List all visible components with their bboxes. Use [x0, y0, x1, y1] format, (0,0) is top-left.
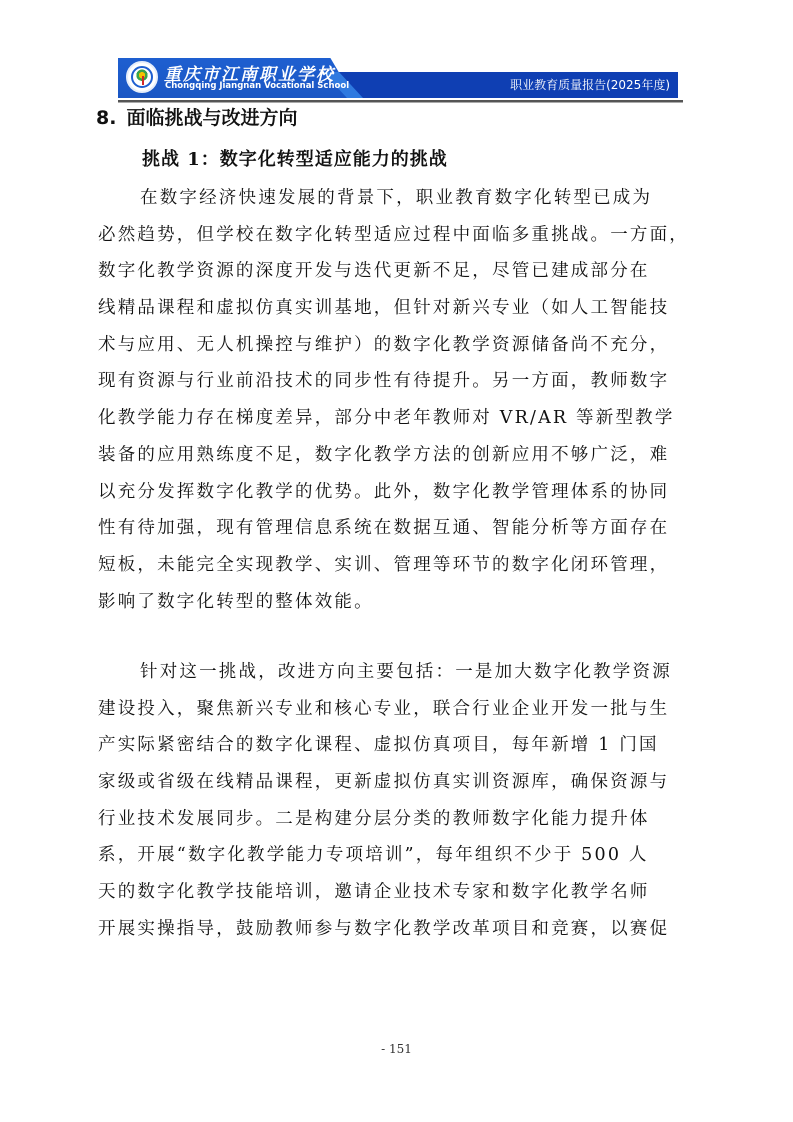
text-line: 线精品课程和虚拟仿真实训基地，但针对新兴专业（如人工智能技 — [98, 290, 698, 327]
text-line: 建设投入，聚焦新兴专业和核心专业，联合行业企业开发一批与生 — [98, 691, 698, 728]
text-line: 行业技术发展同步。二是构建分层分类的教师数字化能力提升体 — [98, 801, 698, 838]
text-line: 系，开展“数字化教学能力专项培训”，每年组织不少于 500 人 — [98, 837, 698, 874]
text-line: 化教学能力存在梯度差异，部分中老年教师对 VR/AR 等新型教学 — [98, 400, 698, 437]
challenge-heading: 挑战 1：数字化转型适应能力的挑战 — [142, 145, 448, 171]
section-number: 8. — [96, 107, 116, 129]
text-line: 必然趋势，但学校在数字化转型适应过程中面临多重挑战。一方面， — [98, 217, 698, 254]
school-emblem-icon — [126, 61, 158, 93]
page-header: 重庆市江南职业学校 Chongqing Jiangnan Vocational … — [118, 56, 680, 100]
text-line: 天的数字化教学技能培训，邀请企业技术专家和数字化教学名师 — [98, 874, 698, 911]
section-title: 面临挑战与改进方向 — [126, 107, 297, 129]
text-line: 以充分发挥数字化教学的优势。此外，数字化教学管理体系的协同 — [98, 474, 698, 511]
text-line: 性有待加强，现有管理信息系统在数据互通、智能分析等方面存在 — [98, 510, 698, 547]
school-name-en: Chongqing Jiangnan Vocational School — [165, 81, 349, 91]
text-line: 现有资源与行业前沿技术的同步性有待提升。另一方面，教师数字 — [98, 363, 698, 400]
page-number: - 151 — [0, 1042, 793, 1056]
section-heading: 8.面临挑战与改进方向 — [96, 103, 297, 130]
text-line: 数字化教学资源的深度开发与迭代更新不足，尽管已建成部分在 — [98, 253, 698, 290]
paragraph-improvement-directions: 针对这一挑战，改进方向主要包括：一是加大数字化教学资源 建设投入，聚焦新兴专业和… — [98, 654, 698, 948]
text-line: 针对这一挑战，改进方向主要包括：一是加大数字化教学资源 — [98, 654, 698, 691]
emblem-inner-icon — [131, 66, 153, 88]
text-line: 装备的应用熟练度不足，数字化教学方法的创新应用不够广泛，难 — [98, 437, 698, 474]
paragraph-challenge-description: 在数字经济快速发展的背景下，职业教育数字化转型已成为 必然趋势，但学校在数字化转… — [98, 180, 698, 620]
text-line: 在数字经济快速发展的背景下，职业教育数字化转型已成为 — [98, 180, 698, 217]
text-line: 开展实操指导，鼓励教师参与数字化教学改革项目和竞赛，以赛促 — [98, 911, 698, 948]
report-title: 职业教育质量报告(2025年度) — [510, 76, 670, 93]
text-line: 产实际紧密结合的数字化课程、虚拟仿真项目，每年新增 1 门国 — [98, 727, 698, 764]
text-line: 家级或省级在线精品课程，更新虚拟仿真实训资源库，确保资源与 — [98, 764, 698, 801]
text-line: 短板，未能完全实现教学、实训、管理等环节的数字化闭环管理， — [98, 547, 698, 584]
text-line: 影响了数字化转型的整体效能。 — [98, 584, 698, 621]
text-line: 术与应用、无人机操控与维护）的数字化教学资源储备尚不充分， — [98, 327, 698, 364]
